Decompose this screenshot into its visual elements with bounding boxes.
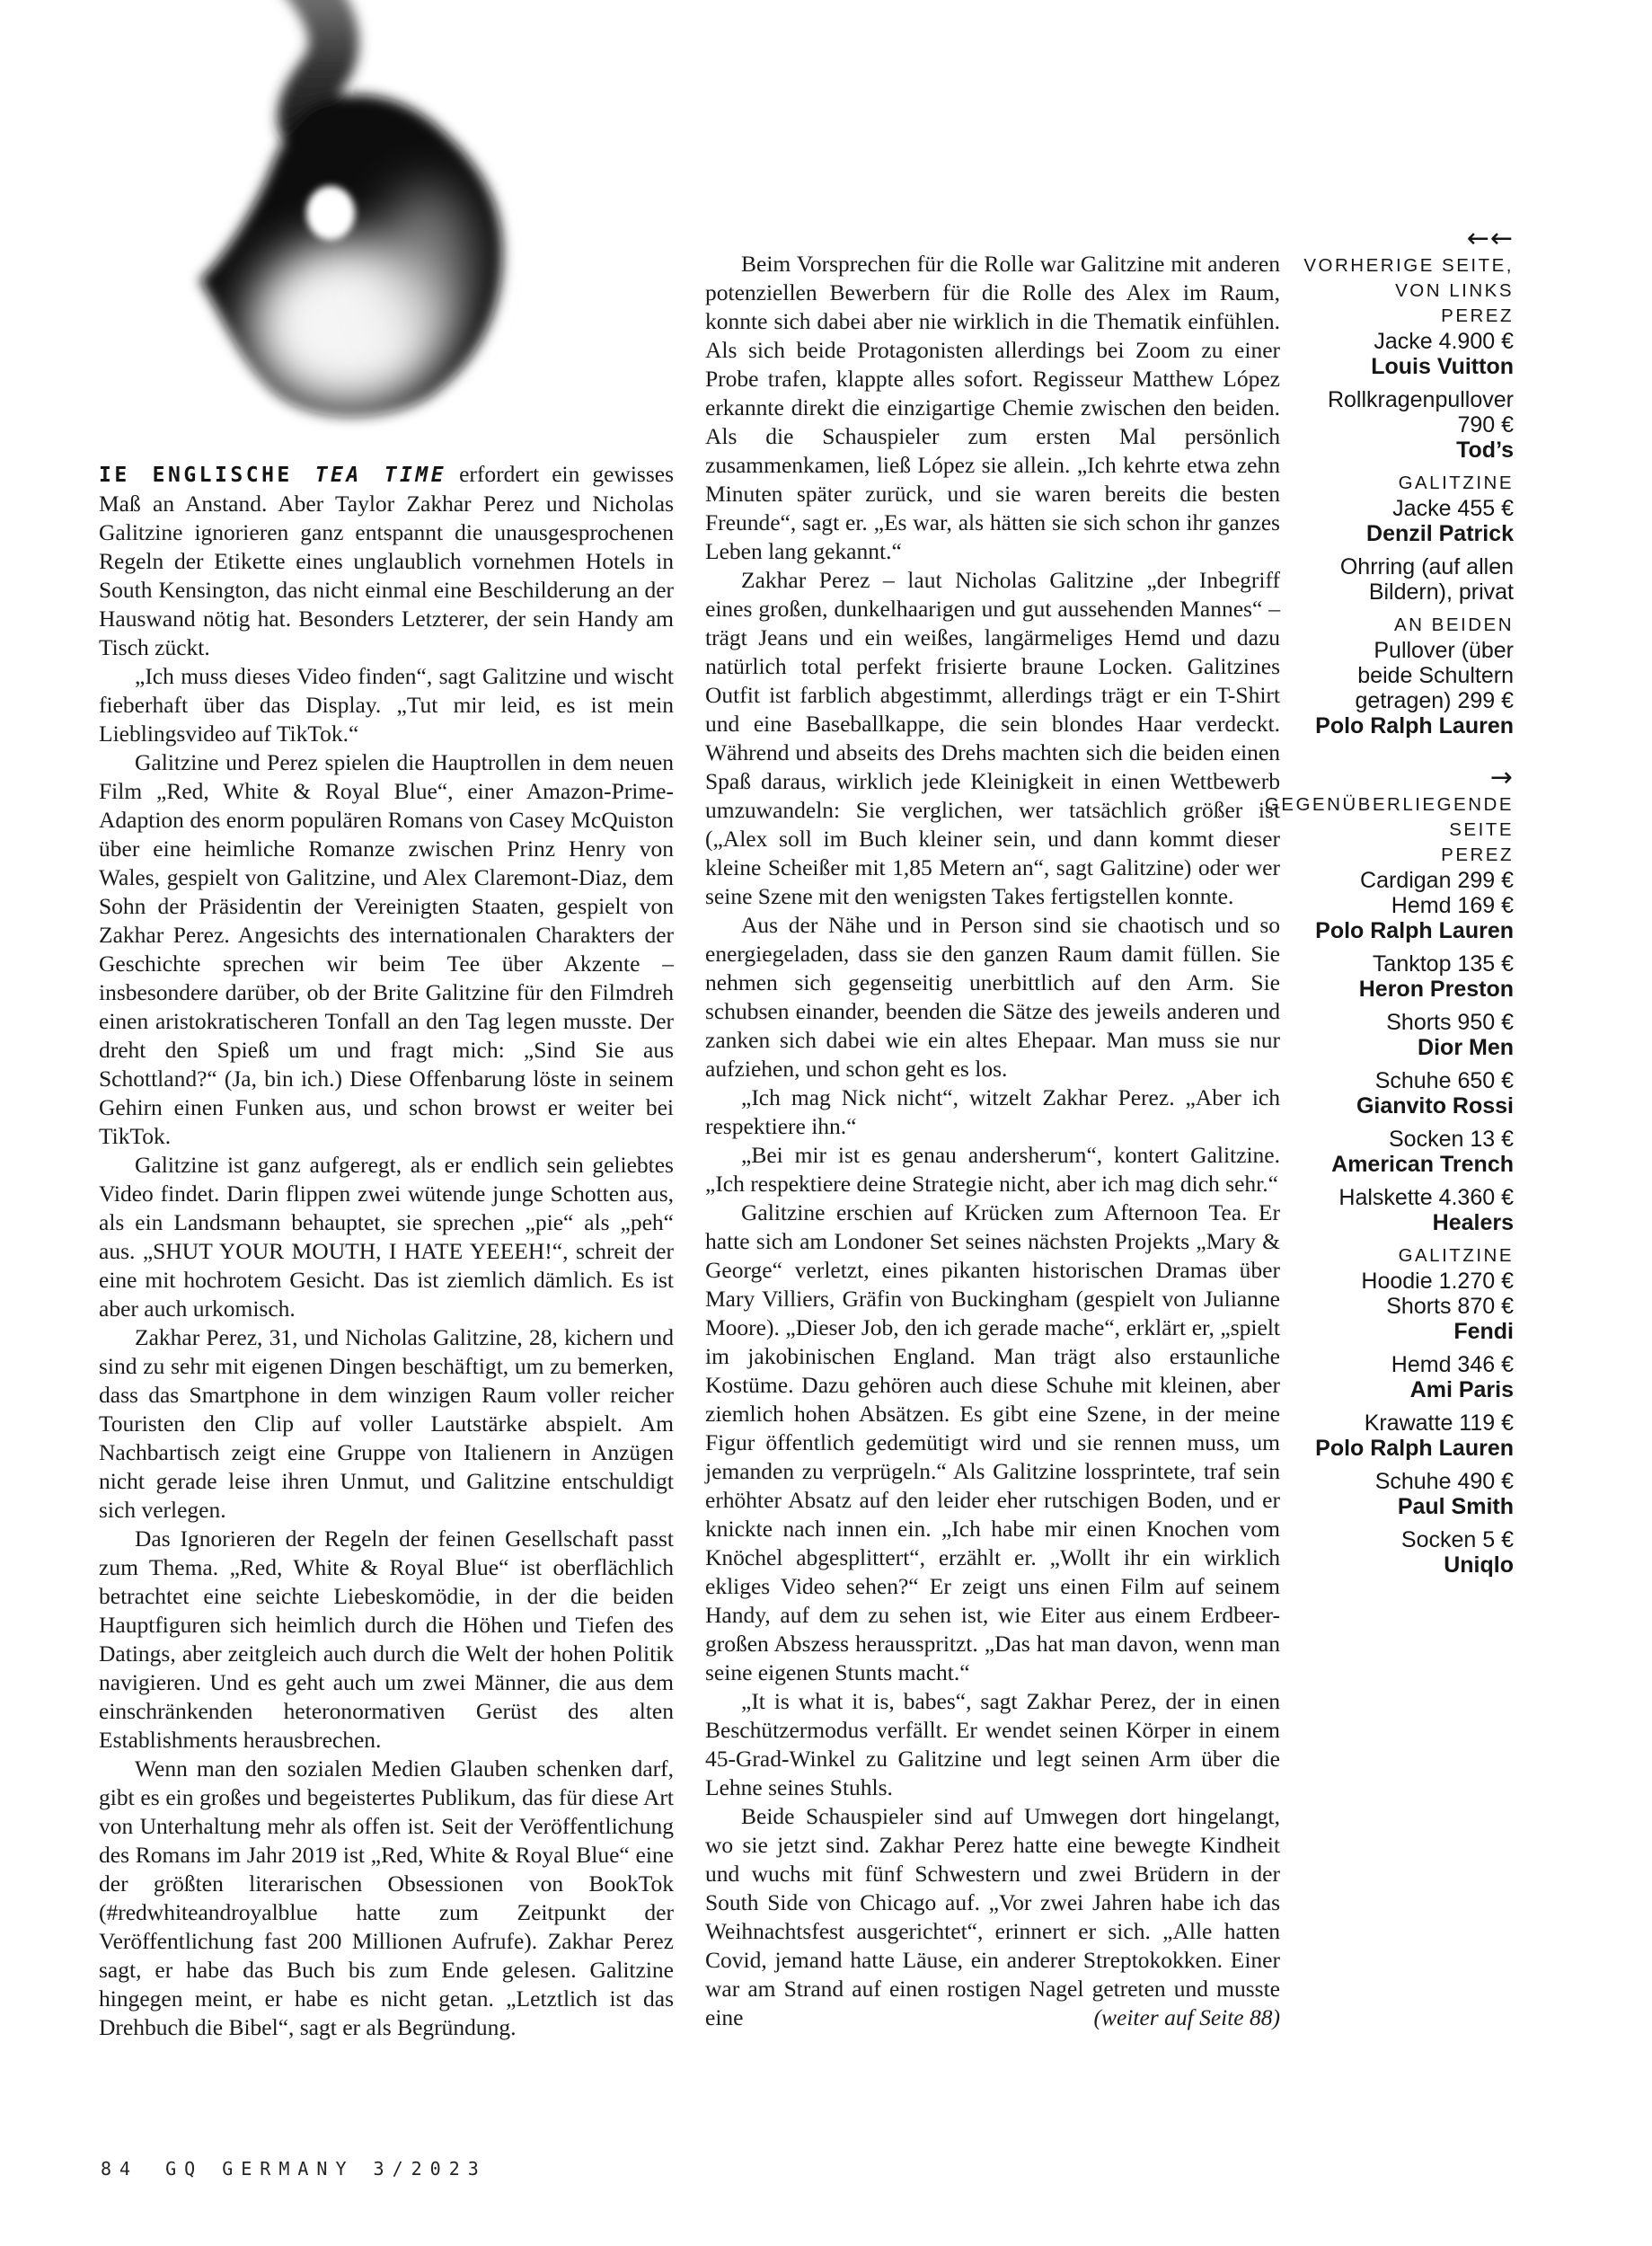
credit-line: Cardigan 299 €	[1265, 868, 1514, 893]
continued-on-page-note: (weiter auf Seite 88)	[1058, 2003, 1281, 2032]
credit-header: VORHERIGE SEITE,	[1265, 253, 1514, 279]
credit-line: Bildern), privat	[1265, 579, 1514, 605]
credit-brand-name: Ami Paris	[1265, 1377, 1514, 1402]
article-column-left: IE ENGLISCHE TEA TIME erfordert ein gewi…	[99, 460, 674, 2042]
paragraph: „Ich muss dieses Video finden“, sagt Gal…	[99, 662, 674, 748]
paragraph: Wenn man den sozialen Medien Glauben sch…	[99, 1755, 674, 2042]
credit-line: Shorts 870 €	[1265, 1294, 1514, 1319]
opening-paragraph: IE ENGLISCHE TEA TIME erfordert ein gewi…	[99, 460, 674, 662]
previous-page-arrows-icon: ←←	[1265, 225, 1514, 253]
credit-brand-name: Louis Vuitton	[1265, 354, 1514, 379]
credit-brand-name: Uniqlo	[1265, 1552, 1514, 1578]
credit-line: Ohrring (auf allen	[1265, 554, 1514, 579]
credit-line: Schuhe 650 €	[1265, 1068, 1514, 1093]
paragraph: Zakhar Perez – laut Nicholas Galitzine „…	[705, 566, 1280, 911]
paragraph: Zakhar Perez, 31, und Nicholas Galitzine…	[99, 1323, 674, 1525]
credit-brand-name: Fendi	[1265, 1319, 1514, 1344]
credit-line: Tanktop 135 €	[1265, 951, 1514, 977]
credit-line: Rollkragenpullover	[1265, 387, 1514, 412]
credit-brand-name: Heron Preston	[1265, 977, 1514, 1002]
lead-in-caps-italic: TEA TIME	[293, 464, 446, 487]
credit-brand-name: Healers	[1265, 1210, 1514, 1235]
lead-in-caps: IE ENGLISCHE	[99, 464, 293, 487]
credit-header: GALITZINE	[1265, 471, 1514, 496]
paragraph-text: Beide Schauspieler sind auf Umwegen dort…	[705, 1803, 1280, 2030]
paragraph: Das Ignorieren der Regeln der feinen Ges…	[99, 1525, 674, 1755]
credit-line: Pullover (über	[1265, 638, 1514, 663]
credit-line: 790 €	[1265, 412, 1514, 438]
credit-line: beide Schultern	[1265, 663, 1514, 688]
paragraph: Galitzine erschien auf Krücken zum After…	[705, 1198, 1280, 1687]
credit-header: PEREZ	[1265, 843, 1514, 868]
credit-brand-name: Polo Ralph Lauren	[1265, 1436, 1514, 1461]
paragraph: „Bei mir ist es genau andersherum“, kont…	[705, 1141, 1280, 1198]
credit-line: Socken 5 €	[1265, 1527, 1514, 1552]
paragraph: „Ich mag Nick nicht“, witzelt Zakhar Per…	[705, 1083, 1280, 1141]
magazine-page: IE ENGLISCHE TEA TIME erfordert ein gewi…	[0, 0, 1652, 2246]
ink-drop-image	[135, 0, 638, 485]
credit-header: VON LINKS	[1265, 279, 1514, 304]
credit-line: Hoodie 1.270 €	[1265, 1269, 1514, 1294]
credit-brand-name: Tod’s	[1265, 438, 1514, 463]
credit-brand-name: American Trench	[1265, 1152, 1514, 1177]
credit-brand-name: Denzil Patrick	[1265, 521, 1514, 546]
credit-header: GEGENÜBERLIEGENDE	[1265, 792, 1514, 818]
credit-line: getragen) 299 €	[1265, 688, 1514, 713]
paragraph: Beim Vorsprechen für die Rolle war Galit…	[705, 250, 1280, 566]
credit-line: Krawatte 119 €	[1265, 1410, 1514, 1436]
credit-brand-name: Polo Ralph Lauren	[1265, 713, 1514, 738]
credit-line: Jacke 455 €	[1265, 496, 1514, 521]
credit-header: GALITZINE	[1265, 1243, 1514, 1269]
magazine-issue-label: GQ GERMANY 3/2023	[165, 2158, 487, 2180]
page-number: 84	[101, 2158, 138, 2180]
paragraph: Galitzine ist ganz aufgeregt, als er end…	[99, 1151, 674, 1323]
credit-line: Hemd 346 €	[1265, 1352, 1514, 1377]
credit-brand-name: Polo Ralph Lauren	[1265, 918, 1514, 943]
credit-line: Halskette 4.360 €	[1265, 1185, 1514, 1210]
closing-paragraph: Beide Schauspieler sind auf Umwegen dort…	[705, 1802, 1280, 2032]
paragraph: Galitzine und Perez spielen die Hauptrol…	[99, 748, 674, 1151]
paragraph: „It is what it is, babes“, sagt Zakhar P…	[705, 1687, 1280, 1802]
credit-line: Shorts 950 €	[1265, 1010, 1514, 1035]
credit-header: AN BEIDEN	[1265, 613, 1514, 638]
credit-line: Schuhe 490 €	[1265, 1469, 1514, 1494]
credit-brand-name: Dior Men	[1265, 1035, 1514, 1060]
page-footer: 84GQ GERMANY 3/2023	[101, 2158, 487, 2180]
paragraph-text: erfordert ein gewisses Maß an Anstand. A…	[99, 461, 674, 660]
credit-header: PEREZ	[1265, 304, 1514, 329]
paragraph: Aus der Nähe und in Person sind sie chao…	[705, 911, 1280, 1083]
credit-line: Socken 13 €	[1265, 1127, 1514, 1152]
credit-header: SEITE	[1265, 818, 1514, 843]
fashion-credits-sidebar: ←←VORHERIGE SEITE,VON LINKSPEREZJacke 4.…	[1265, 225, 1514, 1578]
credit-brand-name: Paul Smith	[1265, 1494, 1514, 1519]
credit-brand-name: Gianvito Rossi	[1265, 1093, 1514, 1119]
next-page-arrow-icon: →	[1265, 764, 1514, 792]
credit-line: Hemd 169 €	[1265, 893, 1514, 918]
credit-line: Jacke 4.900 €	[1265, 329, 1514, 354]
article-column-middle: Beim Vorsprechen für die Rolle war Galit…	[705, 250, 1280, 2032]
